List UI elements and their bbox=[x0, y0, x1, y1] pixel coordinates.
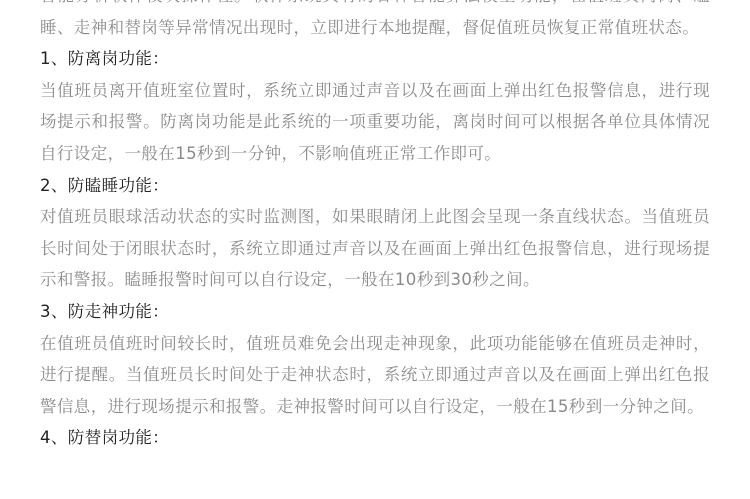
section-heading-anti-sleep: 2、防瞌睡功能： bbox=[40, 170, 710, 202]
section-body-anti-distraction: 在值班员值班时间较长时，值班员难免会出现走神现象，此项功能能够在值班员走神时，进… bbox=[40, 328, 710, 423]
section-body-anti-sleep: 对值班员眼球活动状态的实时监测图，如果眼睛闭上此图会呈现一条直线状态。当值班员长… bbox=[40, 201, 710, 296]
section-body-anti-leave: 当值班员离开值班室位置时，系统立即通过声音以及在画面上弹出红色报警信息，进行现场… bbox=[40, 75, 710, 170]
section-heading-anti-leave: 1、防离岗功能： bbox=[40, 43, 710, 75]
document-body: 智能分析软件模块操作性。软件系统具有的各种智能算法模型功能，在值班员离岗、瞌睡、… bbox=[40, 0, 710, 454]
section-heading-anti-distraction: 3、防走神功能： bbox=[40, 296, 710, 328]
intro-paragraph: 智能分析软件模块操作性。软件系统具有的各种智能算法模型功能，在值班员离岗、瞌睡、… bbox=[40, 0, 710, 43]
intro-cut-line: 智能分析软件模块操作性。软件系统具有的各种智能算法模型功能，在值班员离岗、瞌 bbox=[40, 0, 710, 5]
section-heading-anti-substitute: 4、防替岗功能： bbox=[40, 422, 710, 454]
intro-text: 睡、走神和替岗等异常情况出现时，立即进行本地提醒，督促值班员恢复正常值班状态。 bbox=[40, 18, 699, 37]
